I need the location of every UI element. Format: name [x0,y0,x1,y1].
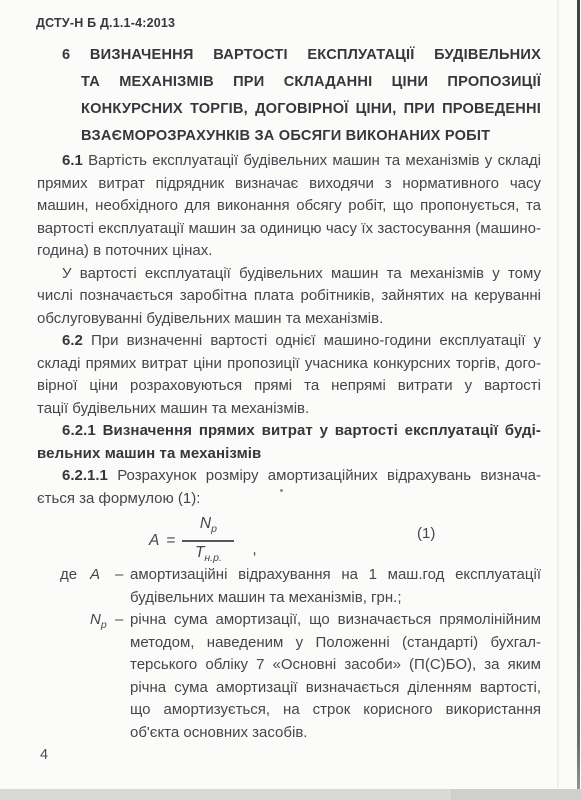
paragraph: 6.2.1 Визначення прямих витрат у вартост… [37,420,541,465]
page-content: 6 ВИЗНАЧЕННЯ ВАРТОСТІ ЕКСПЛУАТАЦІЇ БУДІВ… [37,42,541,744]
paragraph-line: числі позначається заробітна плата робіт… [37,285,541,308]
paragraph-line: година) в поточних цінах. [37,240,541,263]
paragraph-line: вельних машин та механізмів [37,443,541,466]
scan-dot-artifact [280,489,283,492]
clause-number: 6.2.1.1 [62,467,117,484]
scanned-document-page: ДСТУ-Н Б Д.1.1-4:2013 6 ВИЗНАЧЕННЯ ВАРТО… [0,0,581,800]
fraction-denominator: Тн.р. [195,544,222,567]
paragraph: У вартості експлуатації будівельних маши… [37,263,541,331]
paragraph-line: обслуговуванні будівельних машин та меха… [37,308,541,331]
section-title-line: ВЗАЄМОРОЗРАХУНКІВ ЗА ОБСЯГИ ВИКОНАНИХ РО… [62,123,541,150]
formula-expression: A = Np Тн.р. , [149,515,257,567]
paragraphs: 6.1 Вартість експлуатації будівельних ма… [37,150,541,510]
formula-lhs: A [149,532,159,550]
formula-comma: , [252,541,256,567]
paragraph-line: тації будівельних машин та механізмів. [37,398,541,421]
paragraph: 6.2.1.1 Розрахунок розміру амортизаційни… [37,465,541,510]
definition-line: терського обліку 7 «Основні засоби» (П(С… [130,654,541,677]
section-number: 6 [62,47,90,63]
scan-bottom-shadow-right [451,789,581,800]
formula-1: A = Np Тн.р. , (1) [37,512,541,562]
paragraph-line: вірної ціни розраховуються прямі та непр… [37,375,541,398]
definition-lead [37,609,90,744]
fraction-bar [182,540,234,542]
definition-line: амортизаційні відрахування на 1 маш.год … [130,564,541,587]
section-title: 6 ВИЗНАЧЕННЯ ВАРТОСТІ ЕКСПЛУАТАЦІЇ БУДІВ… [62,42,541,150]
document-code-header: ДСТУ-Н Б Д.1.1-4:2013 [36,16,175,30]
clause-number: 6.1 [62,152,88,169]
paragraph: 6.1 Вартість експлуатації будівельних ма… [37,150,541,263]
page-number: 4 [40,747,48,763]
definition-text: річна сума амортизації, що визначається … [130,609,541,744]
section-title-line: ТА МЕХАНІЗМІВ ПРИ СКЛАДАННІ ЦІНИ ПРОПОЗИ… [62,69,541,96]
equals-sign: = [166,532,175,550]
paragraph-line: прямих витрат підрядник визначає виходяч… [37,173,541,196]
definition-symbol: А [90,564,115,609]
definition-line: будівельних машин та механізмів, грн.; [130,587,541,610]
definition-line: річна сума амортизації визначається діле… [130,677,541,700]
paragraph-line: машин, необхідного для виконання обсягу … [37,195,541,218]
section-title-line: 6 ВИЗНАЧЕННЯ ВАРТОСТІ ЕКСПЛУАТАЦІЇ БУДІВ… [62,42,541,69]
paragraph-line: вартості експлуатації машин за одиницю ч… [37,218,541,241]
definition-line: методом, наведеним у Положенні (стандарт… [130,632,541,655]
paragraph-line: 6.2.1 Визначення прямих витрат у вартост… [37,420,541,443]
paragraph-line: У вартості експлуатації будівельних маши… [37,263,541,286]
clause-number: 6.2.1 [62,422,103,439]
definition-line: річна сума амортизації, що визначається … [130,609,541,632]
definition-dash: – [115,564,130,609]
clause-number: 6.2 [62,332,91,349]
definition-line: об'єкта основних засобів. [130,722,541,745]
paragraph-line: 6.2.1.1 Розрахунок розміру амортизаційни… [37,465,541,488]
definition-dash: – [115,609,130,744]
definition-lead: де [37,564,90,609]
paragraph-line: складі прямих витрат ціни пропозиції уча… [37,353,541,376]
formula-number: (1) [417,525,435,542]
definition-row: Nр–річна сума амортизації, що визначаєть… [37,609,541,744]
fraction-numerator: Np [200,515,217,538]
definition-row: деА–амортизаційні відрахування на 1 маш.… [37,564,541,609]
paragraph-line: ється за формулою (1): [37,488,541,511]
definition-line: що амортизується, на строк корисного вик… [130,699,541,722]
definition-text: амортизаційні відрахування на 1 маш.год … [130,564,541,609]
definitions: деА–амортизаційні відрахування на 1 маш.… [37,564,541,744]
section-title-line: КОНКУРСНИХ ТОРГІВ, ДОГОВІРНОЇ ЦІНИ, ПРИ … [62,96,541,123]
formula-fraction: Np Тн.р. [182,515,234,567]
paragraph-line: 6.2 При визначенні вартості однієї машин… [37,330,541,353]
definition-symbol: Nр [90,609,115,744]
scan-edge-line-artifact [577,0,580,800]
paragraph: 6.2 При визначенні вартості однієї машин… [37,330,541,420]
paragraph-line: 6.1 Вартість експлуатації будівельних ма… [37,150,541,173]
scan-crease-artifact [557,0,559,788]
